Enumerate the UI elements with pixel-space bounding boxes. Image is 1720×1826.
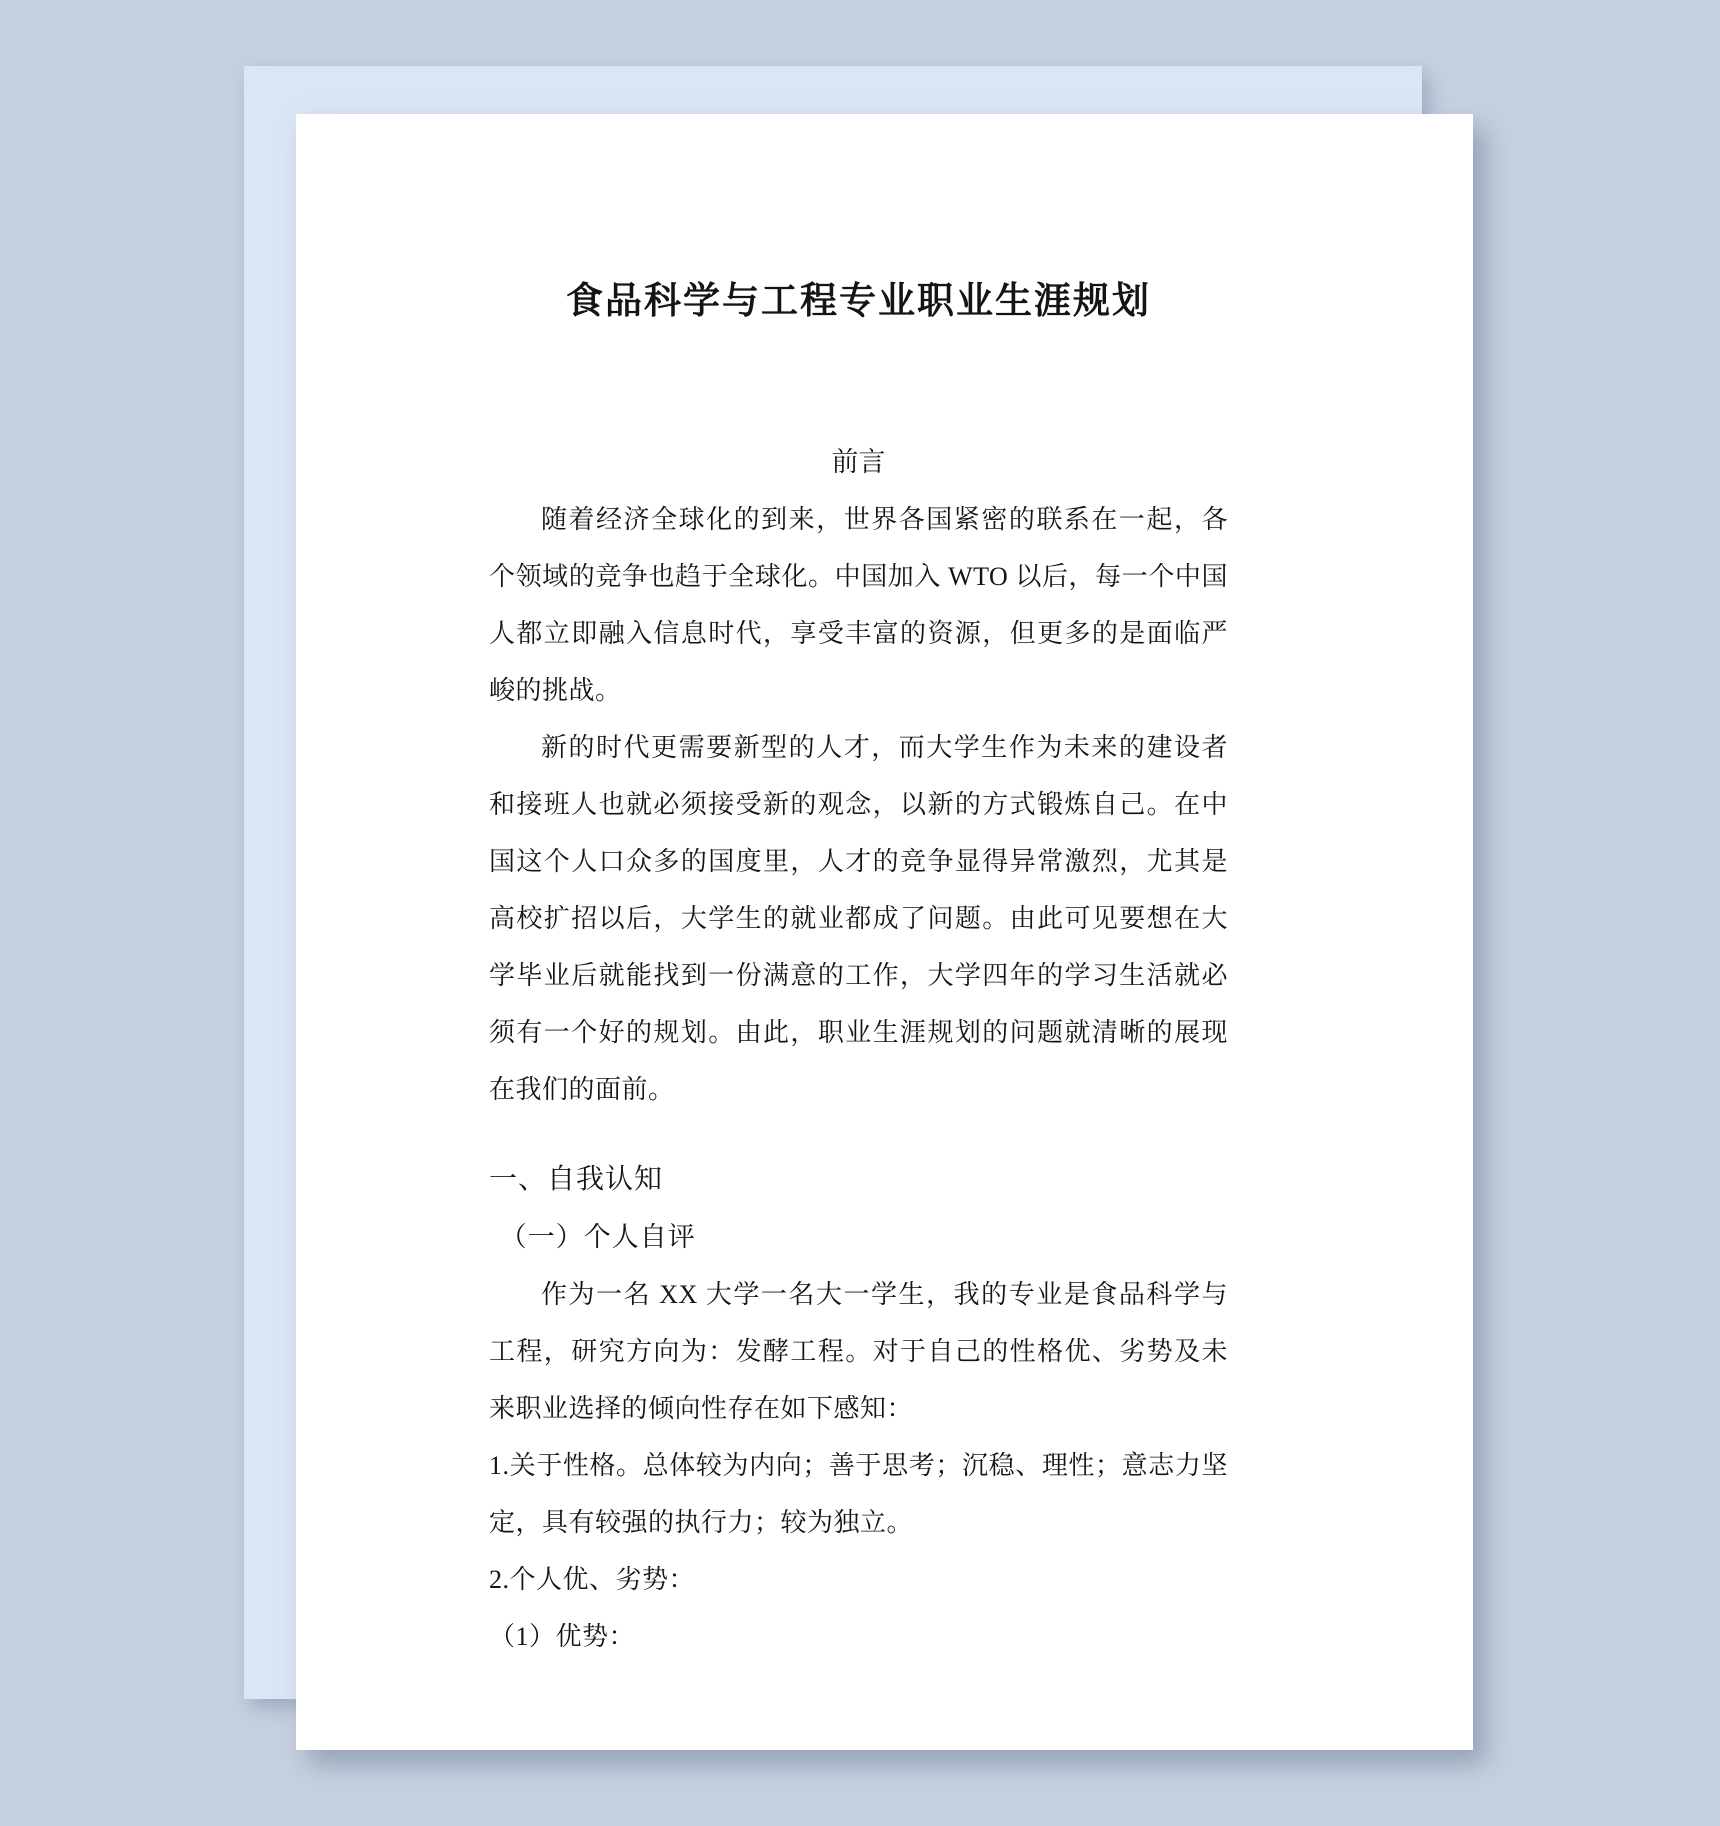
subsection-heading-self-evaluation: （一）个人自评 (489, 1208, 1228, 1266)
document-page: 食品科学与工程专业职业生涯规划 前言 随着经济全球化的到来，世界各国紧密的联系在… (296, 114, 1473, 1750)
preface-paragraph-2: 新的时代更需要新型的人才，而大学生作为未来的建设者和接班人也就必须接受新的观念，… (489, 719, 1228, 1118)
document-title: 食品科学与工程专业职业生涯规划 (489, 278, 1228, 326)
preface-heading: 前言 (489, 434, 1228, 491)
list-item-personality: 1.关于性格。总体较为内向；善于思考；沉稳、理性；意志力坚定，具有较强的执行力；… (489, 1437, 1228, 1551)
preface-paragraph-1: 随着经济全球化的到来，世界各国紧密的联系在一起，各个领域的竞争也趋于全球化。中国… (489, 491, 1228, 719)
desktop-background: 食品科学与工程专业职业生涯规划 前言 随着经济全球化的到来，世界各国紧密的联系在… (0, 0, 1720, 1826)
document-content: 食品科学与工程专业职业生涯规划 前言 随着经济全球化的到来，世界各国紧密的联系在… (296, 114, 1473, 1665)
section-heading-self-cognition: 一、自我认知 (489, 1150, 1228, 1208)
list-item-strengths-label: （1）优势： (489, 1608, 1228, 1665)
list-item-strengths-weaknesses: 2.个人优、劣势： (489, 1551, 1228, 1608)
self-evaluation-intro: 作为一名 XX 大学一名大一学生，我的专业是食品科学与工程，研究方向为：发酵工程… (489, 1266, 1228, 1437)
